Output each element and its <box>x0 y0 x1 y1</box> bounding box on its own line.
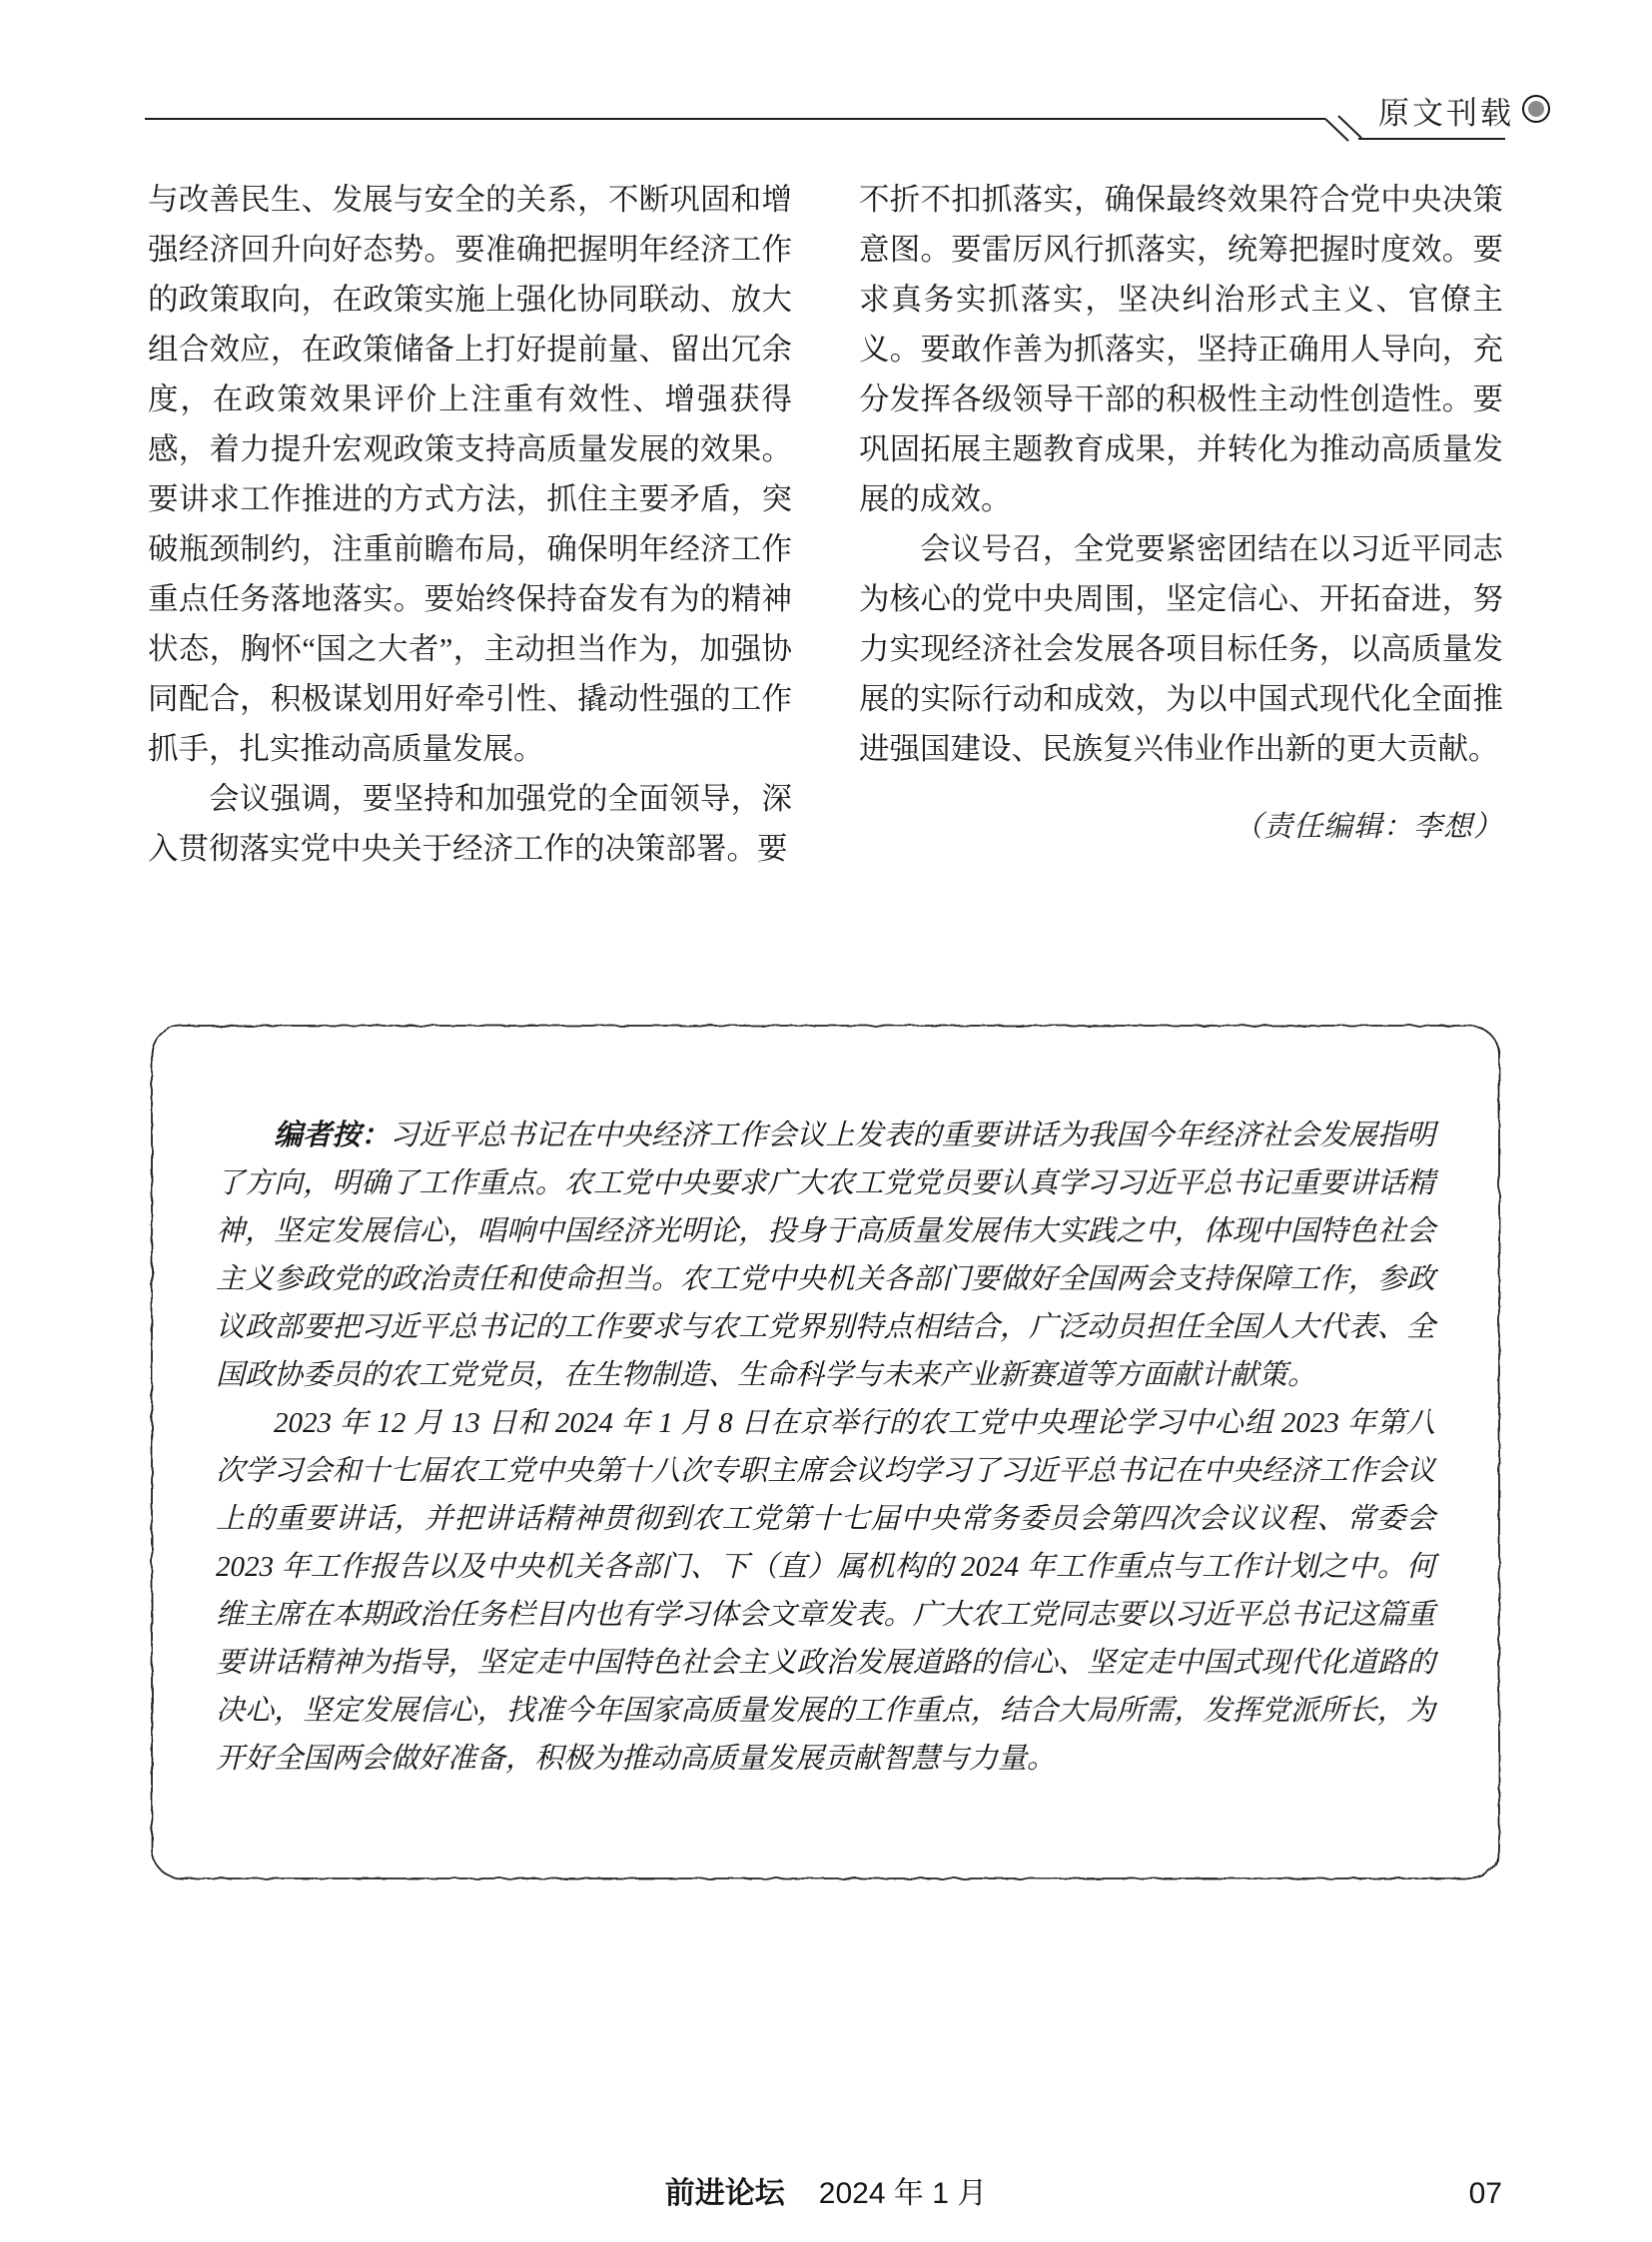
paragraph: 会议强调，要坚持和加强党的全面领导，深入贯彻落实党中央关于经济工作的决策部署。要 <box>148 774 792 874</box>
paragraph: 2023 年 12 月 13 日和 2024 年 1 月 8 日在京举行的农工党… <box>216 1399 1435 1783</box>
page-number: 07 <box>1469 2169 1502 2219</box>
paragraph: 不折不扣抓落实，确保最终效果符合党中央决策意图。要雷厉风行抓落实，统筹把握时度效… <box>859 175 1503 524</box>
bullet-circle-inner-dot <box>1528 101 1544 117</box>
bullet-circle-icon <box>1522 95 1550 123</box>
right-column: 不折不扣抓落实，确保最终效果符合党中央决策意图。要雷厉风行抓落实，统筹把握时度效… <box>859 175 1503 852</box>
editor-note-text: 编者按：习近平总书记在中央经济工作会议上发表的重要讲话为我国今年经济社会发展指明… <box>216 1112 1435 1783</box>
paragraph: 编者按：习近平总书记在中央经济工作会议上发表的重要讲话为我国今年经济社会发展指明… <box>216 1112 1435 1399</box>
footer: 前进论坛2024 年 1 月 <box>0 2169 1652 2219</box>
paragraph: 会议号召，全党要紧密团结在以习近平同志为核心的党中央周围，坚定信心、开拓奋进，努… <box>859 524 1503 774</box>
editor-note-label: 编者按： <box>274 1120 390 1151</box>
editor-note-body: 习近平总书记在中央经济工作会议上发表的重要讲话为我国今年经济社会发展指明了方向，… <box>216 1120 1435 1391</box>
editor-note-box: 编者按：习近平总书记在中央经济工作会议上发表的重要讲话为我国今年经济社会发展指明… <box>150 1024 1501 1880</box>
magazine-page: 原文刊载 与改善民生、发展与安全的关系，不断巩固和增强经济回升向好态势。要准确把… <box>0 0 1652 2242</box>
section-header-label: 原文刊载 <box>1378 88 1508 133</box>
journal-name: 前进论坛 <box>665 2177 785 2210</box>
issue-date: 2024 年 1 月 <box>819 2177 987 2210</box>
editor-credit: （责任编辑：李想） <box>859 802 1503 852</box>
left-column: 与改善民生、发展与安全的关系，不断巩固和增强经济回升向好态势。要准确把握明年经济… <box>148 175 792 874</box>
header-rule <box>0 0 1652 170</box>
paragraph: 与改善民生、发展与安全的关系，不断巩固和增强经济回升向好态势。要准确把握明年经济… <box>148 175 792 774</box>
